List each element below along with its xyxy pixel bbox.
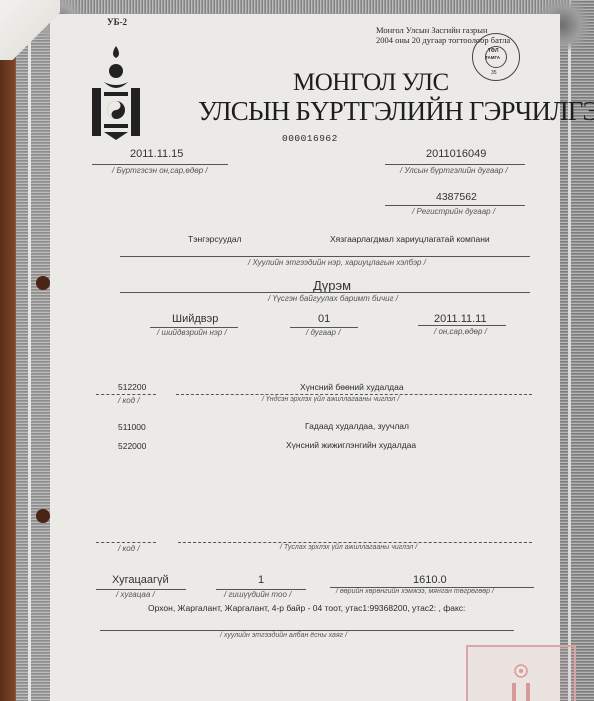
other-activity-name-1: Гадаад худалдаа, зуучлал [305,421,409,431]
main-activity-name: Хүнсний бөөний худалдаа [300,382,404,392]
official-seal: ТӨЛ ТАМГА 35 [472,33,520,81]
decision-number-label: / дугаар / [306,328,340,337]
underline [100,630,514,631]
underline [418,325,506,326]
seal-center-top: ТӨЛ [488,48,498,54]
ornamental-border-top [40,0,570,14]
stamp-emblem-icon [508,661,534,701]
dashed-underline [176,394,532,395]
seal-number: 35 [491,70,497,76]
state-registration-number-label: / Улсын бүртгэлийн дугаар / [400,166,508,175]
other-activity-name-2: Хүнсний жижиглэнгийн худалдаа [286,440,416,450]
other-activity-code-2: 522000 [118,441,146,451]
register-number: 4387562 [436,191,477,203]
underline [120,256,530,257]
decision-name-label: / шийдвэрийн нэр / [157,328,227,337]
approval-note-line1: Монгол Улсын Засгийн газрын [376,25,488,35]
title-line2: УЛСЫН БҮРТГЭЛИЙН ГЭРЧИЛГЭЭ [198,96,594,127]
entity-legal-form: Хязгаарлагдмал хариуцлагатай компани [330,234,490,244]
members-count: 1 [258,574,264,586]
seal-center-bottom: ТАМГА [485,55,500,60]
decision-date-label: / он,сар,өдөр / [434,327,487,336]
official-address-label: / хуулийн этгээдийн албан ёсны хаяг / [220,632,347,639]
state-registration-number: 2011016049 [426,148,486,160]
paper-corner-curl [0,0,60,60]
main-activity-code: 512200 [118,382,146,392]
dashed-underline [178,542,532,543]
underline [385,164,525,165]
decision-number: 01 [318,313,330,325]
soyombo-emblem-icon [90,40,142,148]
equity-amount: 1610.0 [413,574,447,586]
dashed-underline [96,394,156,395]
register-number-label: / Регистрийн дугаар / [412,207,495,216]
founding-document: Дүрэм [313,278,351,293]
registration-date-label: / Бүртгэсэн он,сар,өдөр / [112,166,208,175]
term: Хугацаагүй [112,574,169,586]
entity-name: Тэнгэрсуудал [188,234,242,244]
main-activity-label: / Үндсэн эрхлэх үйл ажиллагааны чиглэл / [262,396,399,403]
title-line1: МОНГОЛ УЛС [293,69,449,97]
underline [120,292,530,293]
term-label: / хугацаа / [116,590,155,599]
additional-activity-label: / Туслах эрхлэх үйл ажиллагааны чиглэл / [280,544,417,551]
founding-document-label: / Үүсгэн байгуулах баримт бичиг / [268,294,398,303]
additional-activity-code-label: / код / [118,544,140,553]
dashed-underline [96,542,156,543]
main-activity-code-label: / код / [118,396,140,405]
red-registration-stamp [466,645,576,701]
serial-number: 000016962 [282,133,338,144]
members-count-label: / гишүүдийн тоо / [224,590,291,599]
punch-hole [36,276,50,290]
registration-date: 2011.11.15 [130,148,183,160]
entity-name-label: / Хуулийн этгээдийн нэр, хариуцлагын хэл… [248,258,426,267]
other-activity-code-1: 511000 [118,422,146,432]
official-address: Орхон, Жаргалант, Жаргалант, 4-р байр - … [148,603,465,613]
underline [92,164,228,165]
punch-hole [36,509,50,523]
decision-name: Шийдвэр [172,313,218,325]
equity-label: / өөрийн хөрөнгийн хэмжээ, мянган төгрөг… [336,588,494,595]
underline [385,205,525,206]
decision-date: 2011.11.11 [434,313,487,325]
ornamental-border-left [16,0,50,701]
form-code: УБ-2 [107,17,127,27]
